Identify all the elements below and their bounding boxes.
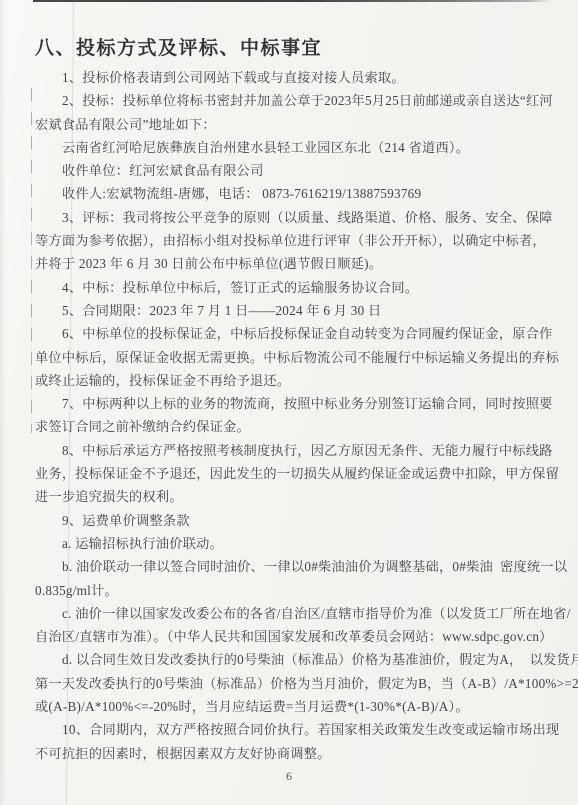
document-body: 1、投标价格表请到公司网站下载或与直接对接人员索取。 2、投标：投标单位将标书密… <box>35 66 551 765</box>
text-line: 收件人:宏斌物流组-唐娜，电话： 0873-7616219/1388759376… <box>35 182 551 205</box>
text-line: 4、中标：投标单位中标后，签订正式的运输服务协议合同。 <box>35 276 551 299</box>
text-line: 业务，投标保证金不予退还，因此发生的一切损失从履约保证金或运费中扣除，甲方保留 <box>35 462 551 485</box>
text-line: 6、中标单位的投标保证金，中标后投标保证金自动转变为合同履约保证金，原合作 <box>35 322 551 345</box>
text-line: 宏斌食品有限公司”地址如下： <box>35 113 551 136</box>
text-line: 云南省红河哈尼族彝族自治州建水县轻工业园区东北（214 省道西）。 <box>35 136 551 159</box>
text-line: 第一天发改委执行的0号柴油（标准品）价格为当月油价，假定为B，当（A-B）/A*… <box>35 672 551 695</box>
text-line: 不可抗拒的因素时，根据因素双方友好协商调整。 <box>35 742 551 765</box>
text-line: 5、合同期限：2023 年 7 月 1 日——2024 年 6 月 30 日 <box>35 299 551 322</box>
text-line: 8、中标后承运方严格按照考核制度执行，因乙方原因无条件、无能力履行中标线路 <box>35 439 551 462</box>
text-line: 7、中标两种以上标的业务的物流商，按照中标业务分别签订运输合同，同时按照要 <box>35 392 551 415</box>
page-number: 6 <box>0 769 578 784</box>
text-line: 等方面为参考依据），由招标小组对投标单位进行评审（非公开开标），以确定中标者， <box>35 229 551 252</box>
text-line: 或终止运输的，投标保证金不再给予退还。 <box>35 369 551 392</box>
scanned-document-page: 八、投标方式及评标、中标事宜 1、投标价格表请到公司网站下载或与直接对接人员索取… <box>0 0 578 805</box>
text-line: 或(A-B)/A*100%<=-20%时，当月应结运费=当月运费*(1-30%*… <box>35 695 551 718</box>
text-line: 9、运费单价调整条款 <box>35 509 551 532</box>
text-line: 进一步追究损失的权利。 <box>35 485 551 508</box>
text-line: 收件单位：红河宏斌食品有限公司 <box>35 159 551 182</box>
text-line: 3、评标：我司将按公平竞争的原则（以质量、线路渠道、价格、服务、安全、保障 <box>35 206 551 229</box>
text-line: d. 以合同生效日发改委执行的0号柴油（标准品）价格为基准油价，假定为A， 以发… <box>35 648 551 671</box>
text-line: 自治区/直辖市为准）。（中华人民共和国国家发展和改革委员会网站：www.sdpc… <box>35 625 551 648</box>
scan-edge-top-line <box>33 0 552 2</box>
text-line: c. 油价一律以国家发改委公布的各省/自治区/直辖市指导价为准（以发货工厂所在地… <box>35 602 551 625</box>
text-line: 单位中标后，原保证金收据无需更换。中标后物流公司不能履行中标运输义务提出的弃标 <box>35 346 551 369</box>
left-edge-shadow <box>0 0 6 805</box>
text-line: b. 油价联动一律以签合同时油价、一律以0#柴油油价为调整基础，0#柴油 密度统… <box>35 555 551 578</box>
text-line: 0.835g/ml计。 <box>35 579 551 602</box>
text-line: 1、投标价格表请到公司网站下载或与直接对接人员索取。 <box>35 66 551 89</box>
binding-crease-marks <box>31 88 32 433</box>
text-line: 并将于 2023 年 6 月 30 日前公布中标单位(遇节假日顺延)。 <box>35 252 551 275</box>
text-line: 求签订合同之前补缴纳合约保证金。 <box>35 415 551 438</box>
text-line: 10、合同期内，双方严格按照合同价执行。若国家相关政策发生改变或运输市场出现 <box>35 718 551 741</box>
text-line: 2、投标：投标单位将标书密封并加盖公章于2023年5月25日前邮递或亲自送达“红… <box>35 89 551 112</box>
text-line: a. 运输招标执行油价联动。 <box>35 532 551 555</box>
section-heading: 八、投标方式及评标、中标事宜 <box>35 33 322 60</box>
